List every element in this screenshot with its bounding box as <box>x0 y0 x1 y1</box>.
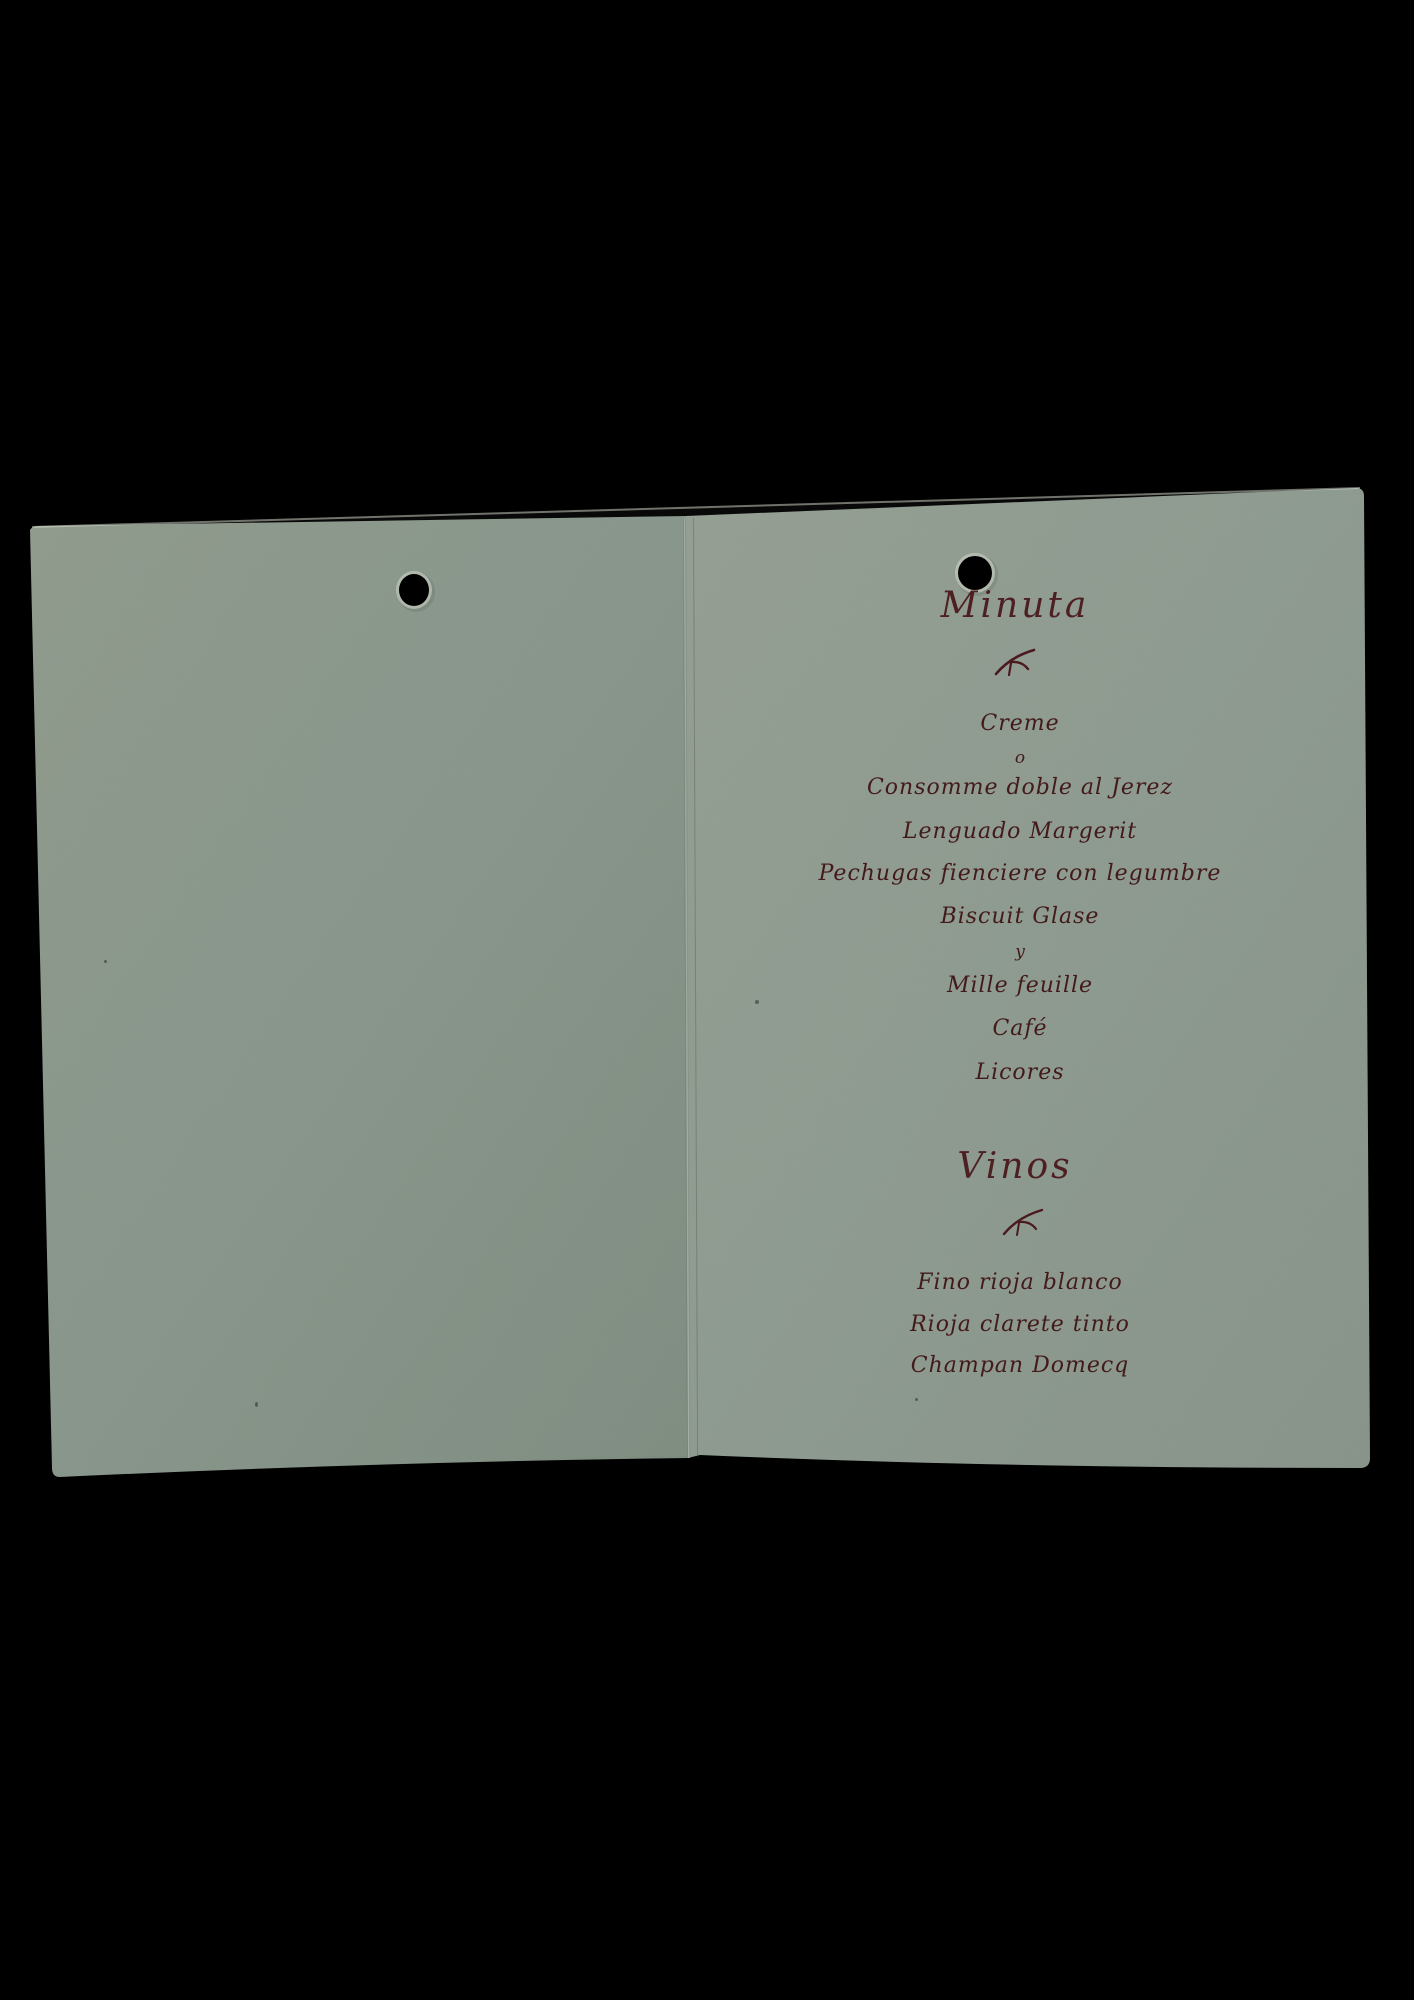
wine-item: Champan Domecq <box>760 1353 1280 1378</box>
menu-item: Pechugas fienciere con legumbre <box>760 861 1280 886</box>
menu-item: Biscuit Glase <box>760 904 1280 929</box>
wine-item: Rioja clarete tinto <box>760 1312 1280 1337</box>
menu-item: Lenguado Margerit <box>760 819 1280 844</box>
ornament-flourish-icon <box>1000 1207 1046 1237</box>
paper-speck <box>255 1402 258 1407</box>
wine-title: Vinos <box>750 1146 1280 1187</box>
paper-speck <box>755 1000 759 1004</box>
menu-connector: y <box>760 942 1280 962</box>
menu-item: Consomme doble al Jerez <box>760 775 1280 800</box>
ornament-flourish-icon <box>992 647 1038 677</box>
paper-speck <box>915 1398 918 1401</box>
menu-connector: o <box>760 748 1280 768</box>
menu-card: Minuta Creme o Consomme doble al Jerez L… <box>0 0 1414 2000</box>
paper-speck <box>104 960 107 963</box>
punch-hole-left <box>399 574 429 606</box>
menu-item: Café <box>760 1016 1280 1041</box>
menu-title: Minuta <box>750 585 1280 626</box>
menu-item: Creme <box>760 711 1280 736</box>
menu-item: Licores <box>760 1060 1280 1085</box>
menu-item: Mille feuille <box>760 973 1280 998</box>
card-paper <box>0 0 1414 2000</box>
wine-item: Fino rioja blanco <box>760 1270 1280 1295</box>
